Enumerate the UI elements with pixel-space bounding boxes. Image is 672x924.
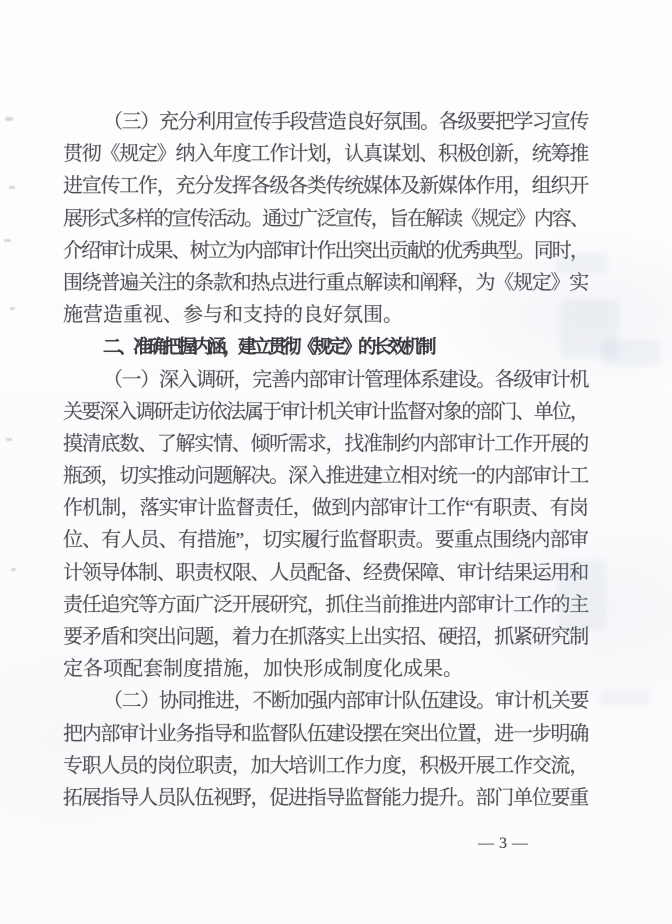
text-line: 二、准确把握内涵，建立贯彻《规定》的长效机制 bbox=[63, 331, 588, 363]
text-line: 计领导体制、职责权限、人员配备、经费保障、审计结果运用和 bbox=[63, 557, 588, 589]
text-line: 作机制，落实审计监督责任，做到内部审计工作“有职责、有岗 bbox=[63, 492, 588, 524]
scan-artifact bbox=[9, 186, 15, 189]
scan-artifact bbox=[10, 307, 15, 310]
text-line-content: 二、准确把握内涵，建立贯彻《规定》的长效机制 bbox=[103, 331, 433, 363]
text-line-content: （二）协同推进，不断加强内部审计队伍建设。审计机关要 bbox=[103, 685, 588, 717]
text-line: （一）深入调研，完善内部审计管理体系建设。各级审计机 bbox=[63, 364, 588, 396]
text-line-content: 定各项配套制度措施，加快形成制度化成果。 bbox=[63, 653, 463, 685]
text-line: 责任追究等方面广泛开展研究，抓住当前推进内部审计工作的主 bbox=[63, 589, 588, 621]
text-line-content: 拓展指导人员队伍视野，促进指导监督能力提升。部门单位要重 bbox=[63, 782, 588, 814]
text-line: 贯彻《规定》纳入年度工作计划，认真谋划、积极创新，统筹推 bbox=[63, 138, 588, 170]
text-line-content: 计领导体制、职责权限、人员配备、经费保障、审计结果运用和 bbox=[63, 557, 588, 589]
text-line: 围绕普遍关注的条款和热点进行重点解读和阐释，为《规定》实 bbox=[63, 267, 588, 299]
scan-artifact bbox=[6, 438, 12, 441]
text-line: 要矛盾和突出问题，着力在抓落实上出实招、硬招，抓紧研究制 bbox=[63, 621, 588, 653]
text-line: 位、有人员、有措施”，切实履行监督职责。要重点围绕内部审 bbox=[63, 524, 588, 556]
page-number: — 3 — bbox=[478, 835, 529, 853]
text-line: （二）协同推进，不断加强内部审计队伍建设。审计机关要 bbox=[63, 685, 588, 717]
document-text-block: （三）充分利用宣传手段营造良好氛围。各级要把学习宣传贯彻《规定》纳入年度工作计划… bbox=[63, 106, 588, 814]
text-line: 定各项配套制度措施，加快形成制度化成果。 bbox=[63, 653, 588, 685]
scan-artifact bbox=[4, 239, 11, 242]
text-line-content: 进宣传工作，充分发挥各级各类传统媒体及新媒体作用，组织开 bbox=[63, 170, 588, 202]
text-line: 摸清底数、了解实情、倾听需求，找准制约内部审计工作开展的 bbox=[63, 428, 588, 460]
scan-artifact bbox=[5, 117, 13, 121]
scan-artifact bbox=[600, 690, 650, 706]
text-line-content: （一）深入调研，完善内部审计管理体系建设。各级审计机 bbox=[103, 364, 588, 396]
text-line-content: 贯彻《规定》纳入年度工作计划，认真谋划、积极创新，统筹推 bbox=[63, 138, 588, 170]
text-line-content: 瓶颈，切实推动问题解决。深入推进建立相对统一的内部审计工 bbox=[63, 460, 588, 492]
text-line: 把内部审计业务指导和监督队伍建设摆在突出位置，进一步明确 bbox=[63, 718, 588, 750]
text-line-content: 要矛盾和突出问题，着力在抓落实上出实招、硬招，抓紧研究制 bbox=[63, 621, 588, 653]
text-line-content: 施营造重视、参与和支持的良好氛围。 bbox=[63, 299, 403, 331]
text-line: 进宣传工作，充分发挥各级各类传统媒体及新媒体作用，组织开 bbox=[63, 170, 588, 202]
text-line: 拓展指导人员队伍视野，促进指导监督能力提升。部门单位要重 bbox=[63, 782, 588, 814]
text-line-content: 专职人员的岗位职责，加大培训工作力度，积极开展工作交流， bbox=[63, 750, 588, 782]
scan-artifact bbox=[602, 340, 660, 366]
text-line: 展形式多样的宣传活动。通过广泛宣传，旨在解读《规定》内容、 bbox=[63, 203, 588, 235]
scan-artifact bbox=[11, 568, 16, 571]
text-line: 关要深入调研走访依法属于审计机关审计监督对象的部门、单位， bbox=[63, 396, 588, 428]
text-line: （三）充分利用宣传手段营造良好氛围。各级要把学习宣传 bbox=[63, 106, 588, 138]
text-line: 介绍审计成果、树立为内部审计作出突出贡献的优秀典型。同时， bbox=[63, 235, 588, 267]
text-line-content: 位、有人员、有措施”，切实履行监督职责。要重点围绕内部审 bbox=[63, 524, 588, 556]
text-line-content: 作机制，落实审计监督责任，做到内部审计工作“有职责、有岗 bbox=[63, 492, 588, 524]
text-line-content: 围绕普遍关注的条款和热点进行重点解读和阐释，为《规定》实 bbox=[63, 267, 588, 299]
text-line: 专职人员的岗位职责，加大培训工作力度，积极开展工作交流， bbox=[63, 750, 588, 782]
text-line-content: 展形式多样的宣传活动。通过广泛宣传，旨在解读《规定》内容、 bbox=[63, 203, 588, 235]
text-line-content: 关要深入调研走访依法属于审计机关审计监督对象的部门、单位， bbox=[63, 396, 588, 428]
text-line-content: 责任追究等方面广泛开展研究，抓住当前推进内部审计工作的主 bbox=[63, 589, 588, 621]
text-line-content: 介绍审计成果、树立为内部审计作出突出贡献的优秀典型。同时， bbox=[63, 235, 588, 267]
text-line-content: 摸清底数、了解实情、倾听需求，找准制约内部审计工作开展的 bbox=[63, 428, 588, 460]
text-line-content: 把内部审计业务指导和监督队伍建设摆在突出位置，进一步明确 bbox=[63, 718, 588, 750]
text-line: 施营造重视、参与和支持的良好氛围。 bbox=[63, 299, 588, 331]
document-page: （三）充分利用宣传手段营造良好氛围。各级要把学习宣传贯彻《规定》纳入年度工作计划… bbox=[0, 0, 672, 924]
text-line-content: （三）充分利用宣传手段营造良好氛围。各级要把学习宣传 bbox=[103, 106, 588, 138]
text-line: 瓶颈，切实推动问题解决。深入推进建立相对统一的内部审计工 bbox=[63, 460, 588, 492]
